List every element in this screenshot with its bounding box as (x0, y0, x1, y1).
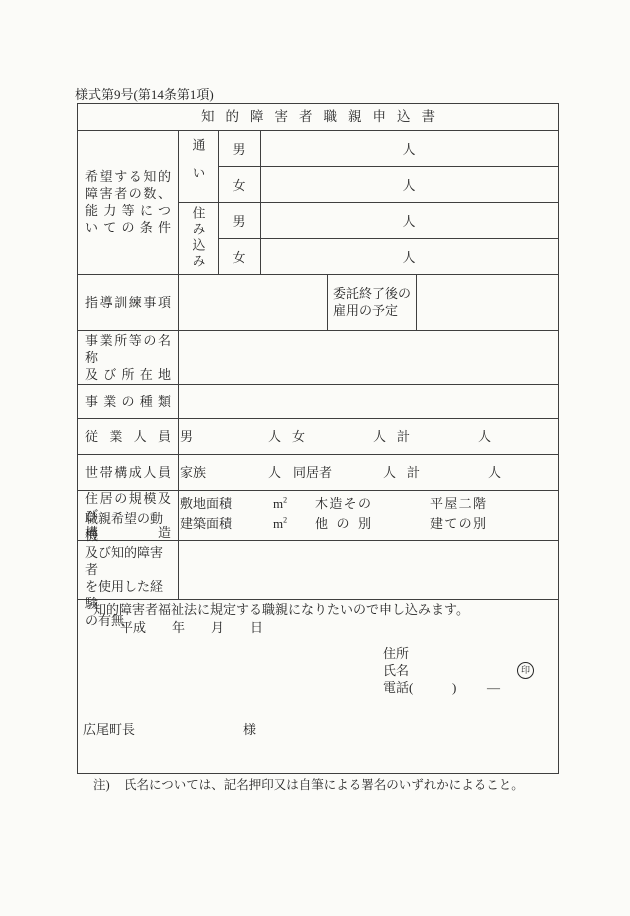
wood-type-line: 木造その (315, 495, 371, 512)
household-family-label: 家族 (180, 464, 206, 481)
name-label: 氏名 (383, 662, 409, 679)
household-label-line: 世帯構成人員 (85, 464, 171, 481)
application-form-table: 知的障害者職親申込書 希望する知的 障害者の数、 能力等につ いての条件 通い … (77, 103, 559, 774)
livein-female-label: 女 (218, 238, 260, 274)
form-title: 知的障害者職親申込書 (78, 104, 558, 130)
seal-char: 印 (521, 666, 530, 675)
employees-male-unit: 人 (268, 428, 281, 445)
sqm-m: m (273, 496, 283, 511)
commute-female-count-cell: 人 (260, 166, 558, 202)
form-number: 様式第9号(第14条第1項) (75, 86, 214, 103)
after-commission-label: 委託終了後の 雇用の予定 (333, 274, 413, 330)
condition-label-line: 障害者の数、 (85, 185, 171, 202)
household-family-unit: 人 (268, 464, 281, 481)
seal-icon: 印 (517, 662, 534, 679)
condition-label-line: 能力等につ (85, 202, 171, 219)
household-cohabitant-label: 同居者 (293, 464, 332, 481)
household-cohabitant-unit: 人 (383, 464, 396, 481)
business-type-label: 事業の種類 (85, 384, 171, 418)
employees-male-label: 男 (180, 428, 193, 445)
livein-male-count-cell: 人 (260, 202, 558, 238)
building-area-unit: m2 (273, 515, 287, 532)
motivation-label-line: 及び知的障害者 (85, 544, 173, 578)
employees-female-label: 女 (292, 428, 305, 445)
household-total-label: 計 (407, 464, 420, 481)
phone-close-paren: ) (452, 679, 456, 696)
application-statement: 知的障害者福祉法に規定する職親になりたいので申し込みます。 (93, 601, 469, 618)
site-area-label: 敷地面積 (180, 495, 232, 512)
honorific-label: 様 (243, 721, 256, 738)
recipient-label: 広尾町長 (83, 721, 135, 738)
note-prefix: 注) (93, 778, 110, 792)
condition-label: 希望する知的 障害者の数、 能力等につ いての条件 (85, 130, 171, 274)
sqm-sup: 2 (283, 496, 287, 505)
phone-label: 電話( (383, 679, 413, 696)
commute-label: 通い (178, 130, 218, 202)
note-text: 氏名については、記名押印又は自筆による署名のいずれかによること。 (124, 778, 524, 792)
household-total-unit: 人 (488, 464, 501, 481)
after-commission-line: 委託終了後の (333, 285, 413, 302)
grid-line (327, 274, 328, 330)
sqm-sup: 2 (283, 516, 287, 525)
office-label: 事業所等の名称 及び所在地 (85, 330, 171, 384)
employees-label: 従業人員 (85, 418, 171, 454)
application-date-line: 平成 年 月 日 (120, 619, 263, 636)
motivation-label: 職親希望の動機 及び知的障害者 を使用した経験 の有無 (85, 540, 173, 599)
commute-female-label: 女 (218, 166, 260, 202)
employees-total-label: 計 (397, 428, 410, 445)
motivation-label-line: 職親希望の動機 (85, 510, 173, 544)
employees-total-unit: 人 (478, 428, 491, 445)
office-label-line: 及び所在地 (85, 366, 171, 383)
employees-label-line: 従業人員 (85, 428, 171, 445)
grid-line (416, 274, 417, 330)
sqm-m: m (273, 516, 283, 531)
livein-male-label: 男 (218, 202, 260, 238)
employees-female-unit: 人 (373, 428, 386, 445)
commute-male-count-cell: 人 (260, 130, 558, 166)
storey-type-line: 平屋二階 (430, 495, 486, 512)
business-type-label-line: 事業の種類 (85, 393, 171, 410)
training-label: 指導訓練事項 (85, 274, 171, 330)
commute-male-label: 男 (218, 130, 260, 166)
site-area-unit: m2 (273, 495, 287, 512)
livein-label: 住み込み (178, 202, 218, 274)
livein-female-count-cell: 人 (260, 238, 558, 274)
after-commission-line: 雇用の予定 (333, 302, 413, 319)
training-label-line: 指導訓練事項 (85, 294, 171, 311)
household-label: 世帯構成人員 (85, 454, 171, 490)
phone-dash: — (487, 679, 500, 696)
condition-label-line: 希望する知的 (85, 168, 171, 185)
building-area-label: 建築面積 (180, 515, 232, 532)
office-label-line: 事業所等の名称 (85, 332, 171, 366)
condition-label-line: いての条件 (85, 219, 171, 236)
wood-type-line: 他の別 (315, 515, 371, 532)
storey-type-line: 建ての別 (430, 515, 486, 532)
address-label: 住所 (383, 645, 409, 662)
